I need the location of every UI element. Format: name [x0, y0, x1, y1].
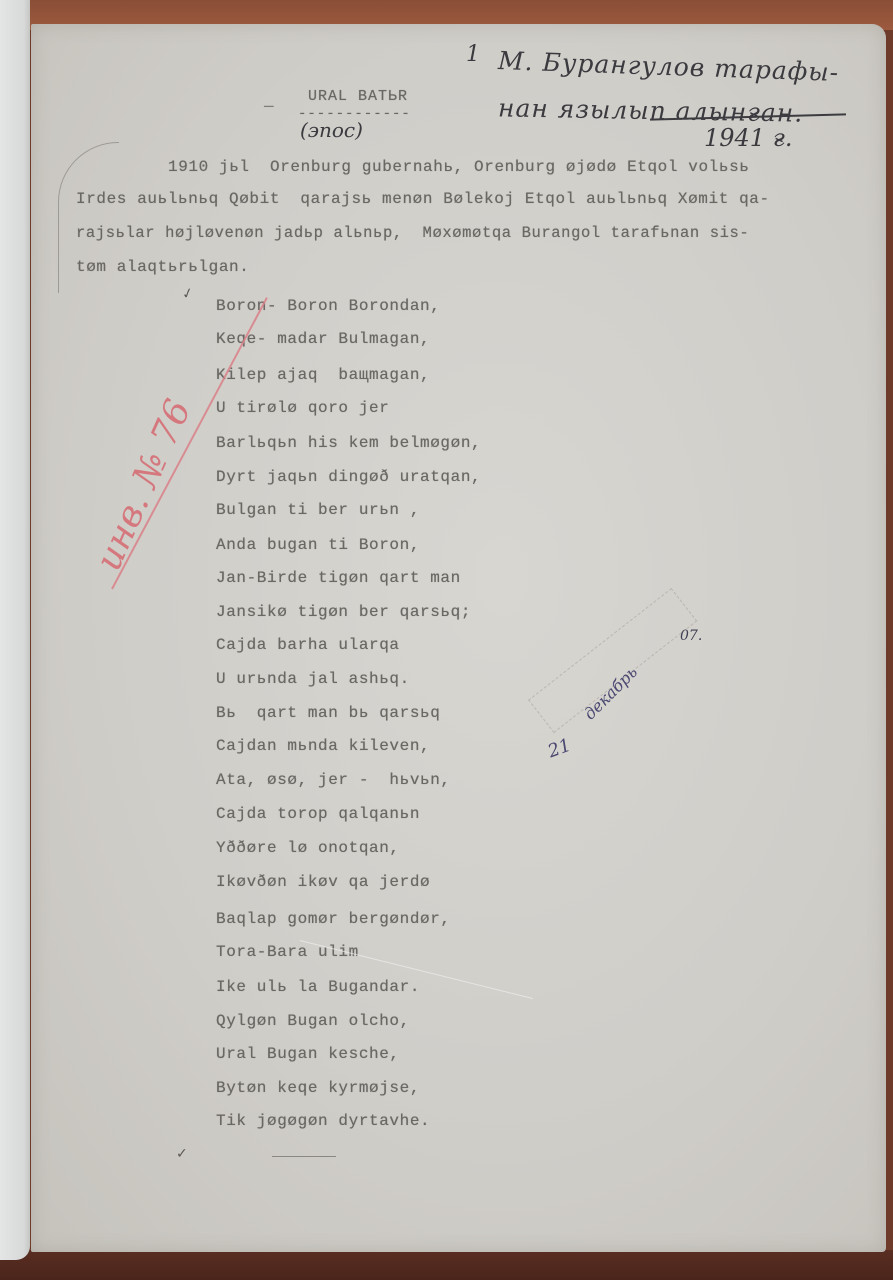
stamp-code: 07. — [680, 628, 702, 644]
title-dash: _ — [264, 92, 274, 110]
verse-line: Anda bugan ti Boron, — [216, 536, 420, 554]
verse-line: Jan-Birde tigøn qart man — [216, 569, 461, 587]
intro-line: tøm alaqtьrьlgan. — [76, 258, 249, 276]
handwritten-year: 1941 ғ. — [704, 124, 792, 152]
verse-line: Yððøre lø onotqan, — [216, 839, 400, 857]
verse-line: Kilep ajaq baщmagan, — [216, 366, 430, 384]
adjacent-page-edge — [0, 0, 30, 1260]
document-title: URAL BATЬR — [308, 88, 408, 105]
verse-line: U tirølø qoro jer — [216, 399, 389, 417]
intro-line: Irdes auьlьnьq Qøbit qarajsь menøn Bølek… — [76, 190, 770, 208]
handwritten-note-line2: нан язылып алынған. — [498, 93, 804, 127]
verse-line: Dyrt jaqьn dingøð uratqan, — [216, 468, 481, 486]
genre-handwritten: (эпос) — [300, 118, 363, 142]
verse-line: Bulgan ti ber urьn , — [216, 501, 420, 519]
verse-line: Cajda torop qalqanьn — [216, 805, 420, 823]
verse-line: Tora-Bara ulim — [216, 943, 359, 961]
verse-line: Cajda barha ularqa — [216, 636, 400, 654]
page-marker-handwritten: 1 — [466, 42, 480, 67]
verse-line: Ikøvðøn ikøv qa jerdø — [216, 873, 430, 891]
verse-line: Bь qart man bь qarsьq — [216, 704, 440, 722]
check-mark: ✓ — [176, 1146, 188, 1162]
end-dash — [272, 1156, 336, 1157]
verse-line: Jansikø tigøn ber qarsьq; — [216, 603, 471, 621]
verse-line: Cajdan mьnda kileven, — [216, 737, 430, 755]
verse-line: Boron- Boron Borondan, — [216, 297, 440, 315]
intro-line: rajsьlar højløvenøn jadьp alьnьp, Møxømø… — [76, 224, 749, 242]
verse-line: Ike ulь la Bugandar. — [216, 978, 420, 996]
verse-line: Baqlap gomør bergøndør, — [216, 910, 451, 928]
verse-line: Barlьqьn his kem belmøgøn, — [216, 434, 481, 452]
verse-line: Bytøn keqe kyrmøjse, — [216, 1079, 420, 1097]
verse-line: Tik jøgøgøn dyrtavhe. — [216, 1112, 430, 1130]
verse-line: Qylgøn Bugan olcho, — [216, 1012, 410, 1030]
verse-line: Ata, øsø, jer - hьvьn, — [216, 771, 451, 789]
table-surface-bottom — [0, 1250, 893, 1280]
verse-line: U urьnda jal ashьq. — [216, 670, 410, 688]
intro-line: 1910 jьl Orenburg gubernahь, Orenburg øj… — [168, 158, 750, 176]
document-sheet — [31, 24, 886, 1252]
verse-line: Ural Bugan kesche, — [216, 1045, 400, 1063]
